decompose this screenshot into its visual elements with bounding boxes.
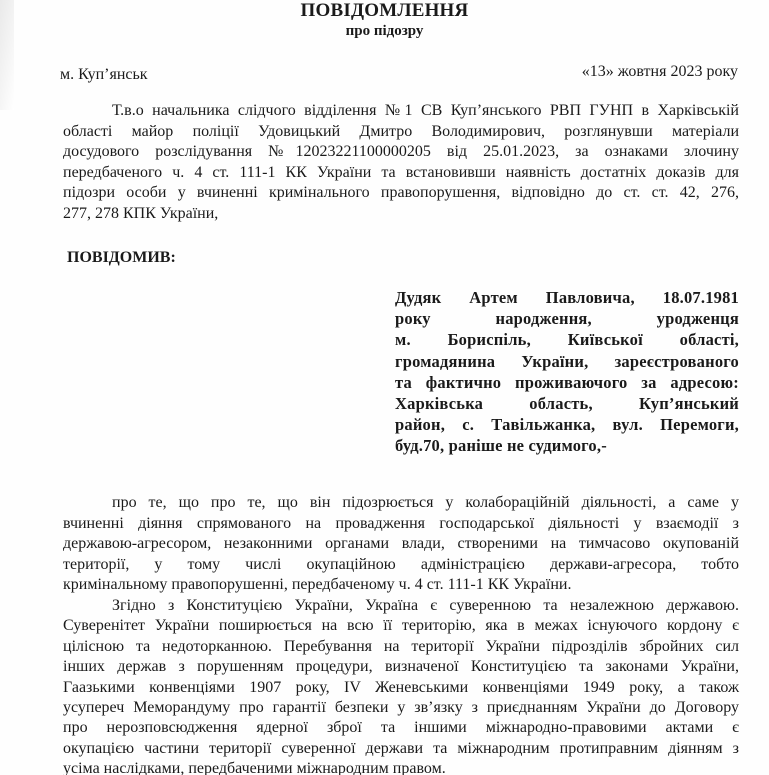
text-line: Т.в.о начальника слідчого відділення №1 … [63, 101, 739, 122]
text-line: кримінальному правопорушенні, передбачен… [63, 575, 739, 596]
notified-heading: ПОВІДОМИВ: [67, 248, 176, 268]
text-line: усіма наслідками, передбаченими міжнарод… [63, 759, 739, 775]
text-line: Суверенітет України поширюється на всю ї… [63, 616, 739, 636]
text-line: район, с. Тавільжанка, вул. Перемоги, [395, 414, 739, 435]
text-line: підозри особи у вчиненні кримінального п… [63, 183, 739, 204]
text-line: державою-агресором, незаконними органами… [63, 534, 739, 555]
text-line: Дудяк Артем Павловича, 18.07.1981 [395, 287, 739, 308]
text-line: та фактично проживаючого за адресою: [395, 372, 739, 393]
text-line: Харківська область, Куп’янський [395, 393, 739, 414]
text-line: досудового розслідування №12023221100000… [63, 142, 739, 163]
text-line: усупереч Меморандуму про гарантії безпек… [63, 698, 739, 718]
document-page: ПОВІДОМЛЕННЯ про підозру м. Куп’янськ «1… [0, 0, 769, 775]
text-line: 277, 278 КПК України, [63, 204, 739, 225]
text-line: буд.70, раніше не судимого,- [395, 435, 739, 456]
text-line: Згідно з Конституцією України, Україна є… [63, 596, 739, 616]
document-subtitle: про підозру [0, 22, 769, 40]
text-line: території, у тому числі окупаційною адмі… [63, 555, 739, 576]
text-line: м. Бориспіль, Київської області, [395, 329, 739, 350]
text-line: області майор поліції Удовицький Дмитро … [63, 122, 739, 143]
constitution-paragraph: Згідно з Конституцією України, Україна є… [63, 596, 739, 775]
suspect-block: Дудяк Артем Павловича, 18.07.1981 року н… [395, 287, 739, 457]
intro-paragraph: Т.в.о начальника слідчого відділення №1 … [63, 101, 739, 225]
text-line: громадянина України, зареєстрованого [395, 351, 739, 372]
document-city: м. Куп’янськ [60, 66, 148, 84]
text-line: року народження, уродженця [395, 308, 739, 329]
document-date: «13» жовтня 2023 року [582, 63, 738, 81]
text-line: Гаазькими конвенціями 1907 року, IV Жене… [63, 678, 739, 698]
text-line: цілісною та недоторканною. Перебування н… [63, 637, 739, 657]
text-line: інших держав з порушенням процедури, виз… [63, 657, 739, 677]
text-line: вчиненні діяння спрямованого на провадже… [63, 514, 739, 535]
charge-paragraph: про те, що про те, що він підозрюється у… [63, 493, 739, 596]
text-line: окупацією частини території суверенної д… [63, 739, 739, 759]
text-line: передбаченого ч. 4 ст. 111-1 КК України … [63, 163, 739, 184]
document-title: ПОВІДОМЛЕННЯ [0, 0, 769, 22]
text-line: про нерозповсюдження ядерної зброї та ін… [63, 718, 739, 738]
text-line: про те, що про те, що він підозрюється у… [63, 493, 739, 514]
